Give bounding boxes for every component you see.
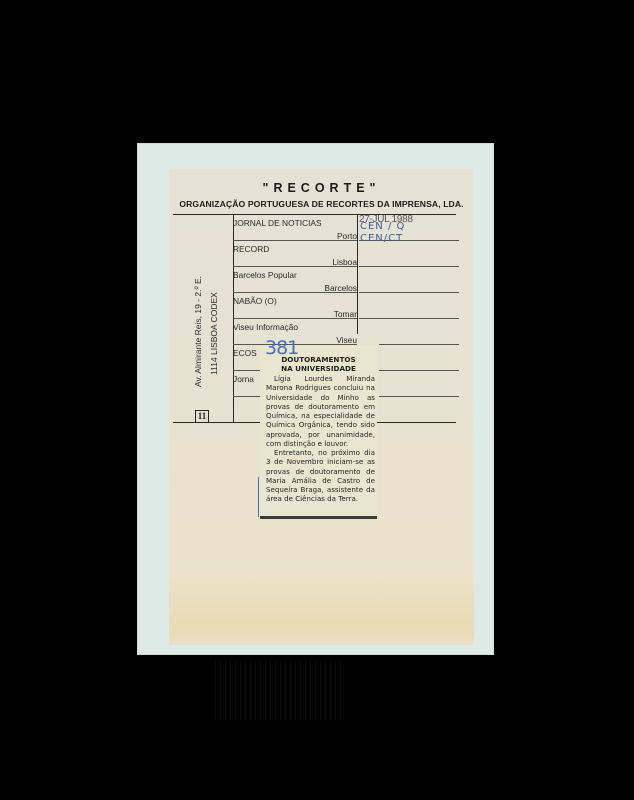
publication-city: Barcelos <box>324 283 357 293</box>
publication-city: Porto <box>337 231 357 241</box>
form-number-box: 11 <box>195 410 209 423</box>
clipping-bottom-bar <box>260 516 377 519</box>
clipping-paragraph-2: Entretanto, no próximo dia 3 de Novembro… <box>266 448 375 504</box>
clipping-form: "RECORTE" ORGANIZAÇÃO PORTUGUESA DE RECO… <box>169 169 474 645</box>
clipping-paragraph-1: Lígia Lourdes Miranda Marona Rodrigues c… <box>266 374 375 448</box>
right-line <box>359 266 459 267</box>
clipping-body: Lígia Lourdes Miranda Marona Rodrigues c… <box>266 374 375 504</box>
handwritten-code-2: CEN/CT <box>360 233 403 244</box>
right-line <box>379 396 459 397</box>
row-separator <box>233 370 263 371</box>
publication-name: NABÃO (O) <box>233 296 277 306</box>
right-line <box>359 318 459 319</box>
publication-name: JORNAL DE NOTICIAS <box>233 218 322 228</box>
publication-name: Jorna <box>233 374 254 384</box>
publication-name: Barcelos Popular <box>233 270 297 280</box>
handwritten-clipping-number: 381 <box>265 337 298 359</box>
row-separator <box>233 396 263 397</box>
address-line-1: Av. Almirante Reis, 19 - 2.º E. <box>193 276 203 387</box>
publication-name: RECORD <box>233 244 269 254</box>
form-subtitle: ORGANIZAÇÃO PORTUGUESA DE RECORTES DA IM… <box>169 199 474 209</box>
publication-name: Viseu Informação <box>233 322 298 332</box>
scan-noise <box>215 660 345 720</box>
headline-line-2: NA UNIVERSIDADE <box>260 365 377 374</box>
right-line <box>379 370 459 371</box>
address-line-2: 1114 LISBOA CODEX <box>209 292 219 375</box>
right-line <box>379 344 459 345</box>
newspaper-clipping: DOUTORAMENTOS NA UNIVERSIDADE Lígia Lour… <box>260 345 377 520</box>
publication-city: Lisboa <box>332 257 357 267</box>
right-line <box>359 292 459 293</box>
header-rule <box>173 214 456 215</box>
publication-city: Viseu <box>336 335 357 345</box>
address-block: Av. Almirante Reis, 19 - 2.º E. 1114 LIS… <box>177 227 225 387</box>
form-title: "RECORTE" <box>169 181 474 195</box>
handwritten-code-1: CEN / Q <box>360 221 405 232</box>
publication-city: Tomar <box>334 309 357 319</box>
column-divider-middle <box>357 214 358 334</box>
publication-name: ECOS <box>233 348 257 358</box>
handwritten-margin-mark <box>258 477 259 517</box>
